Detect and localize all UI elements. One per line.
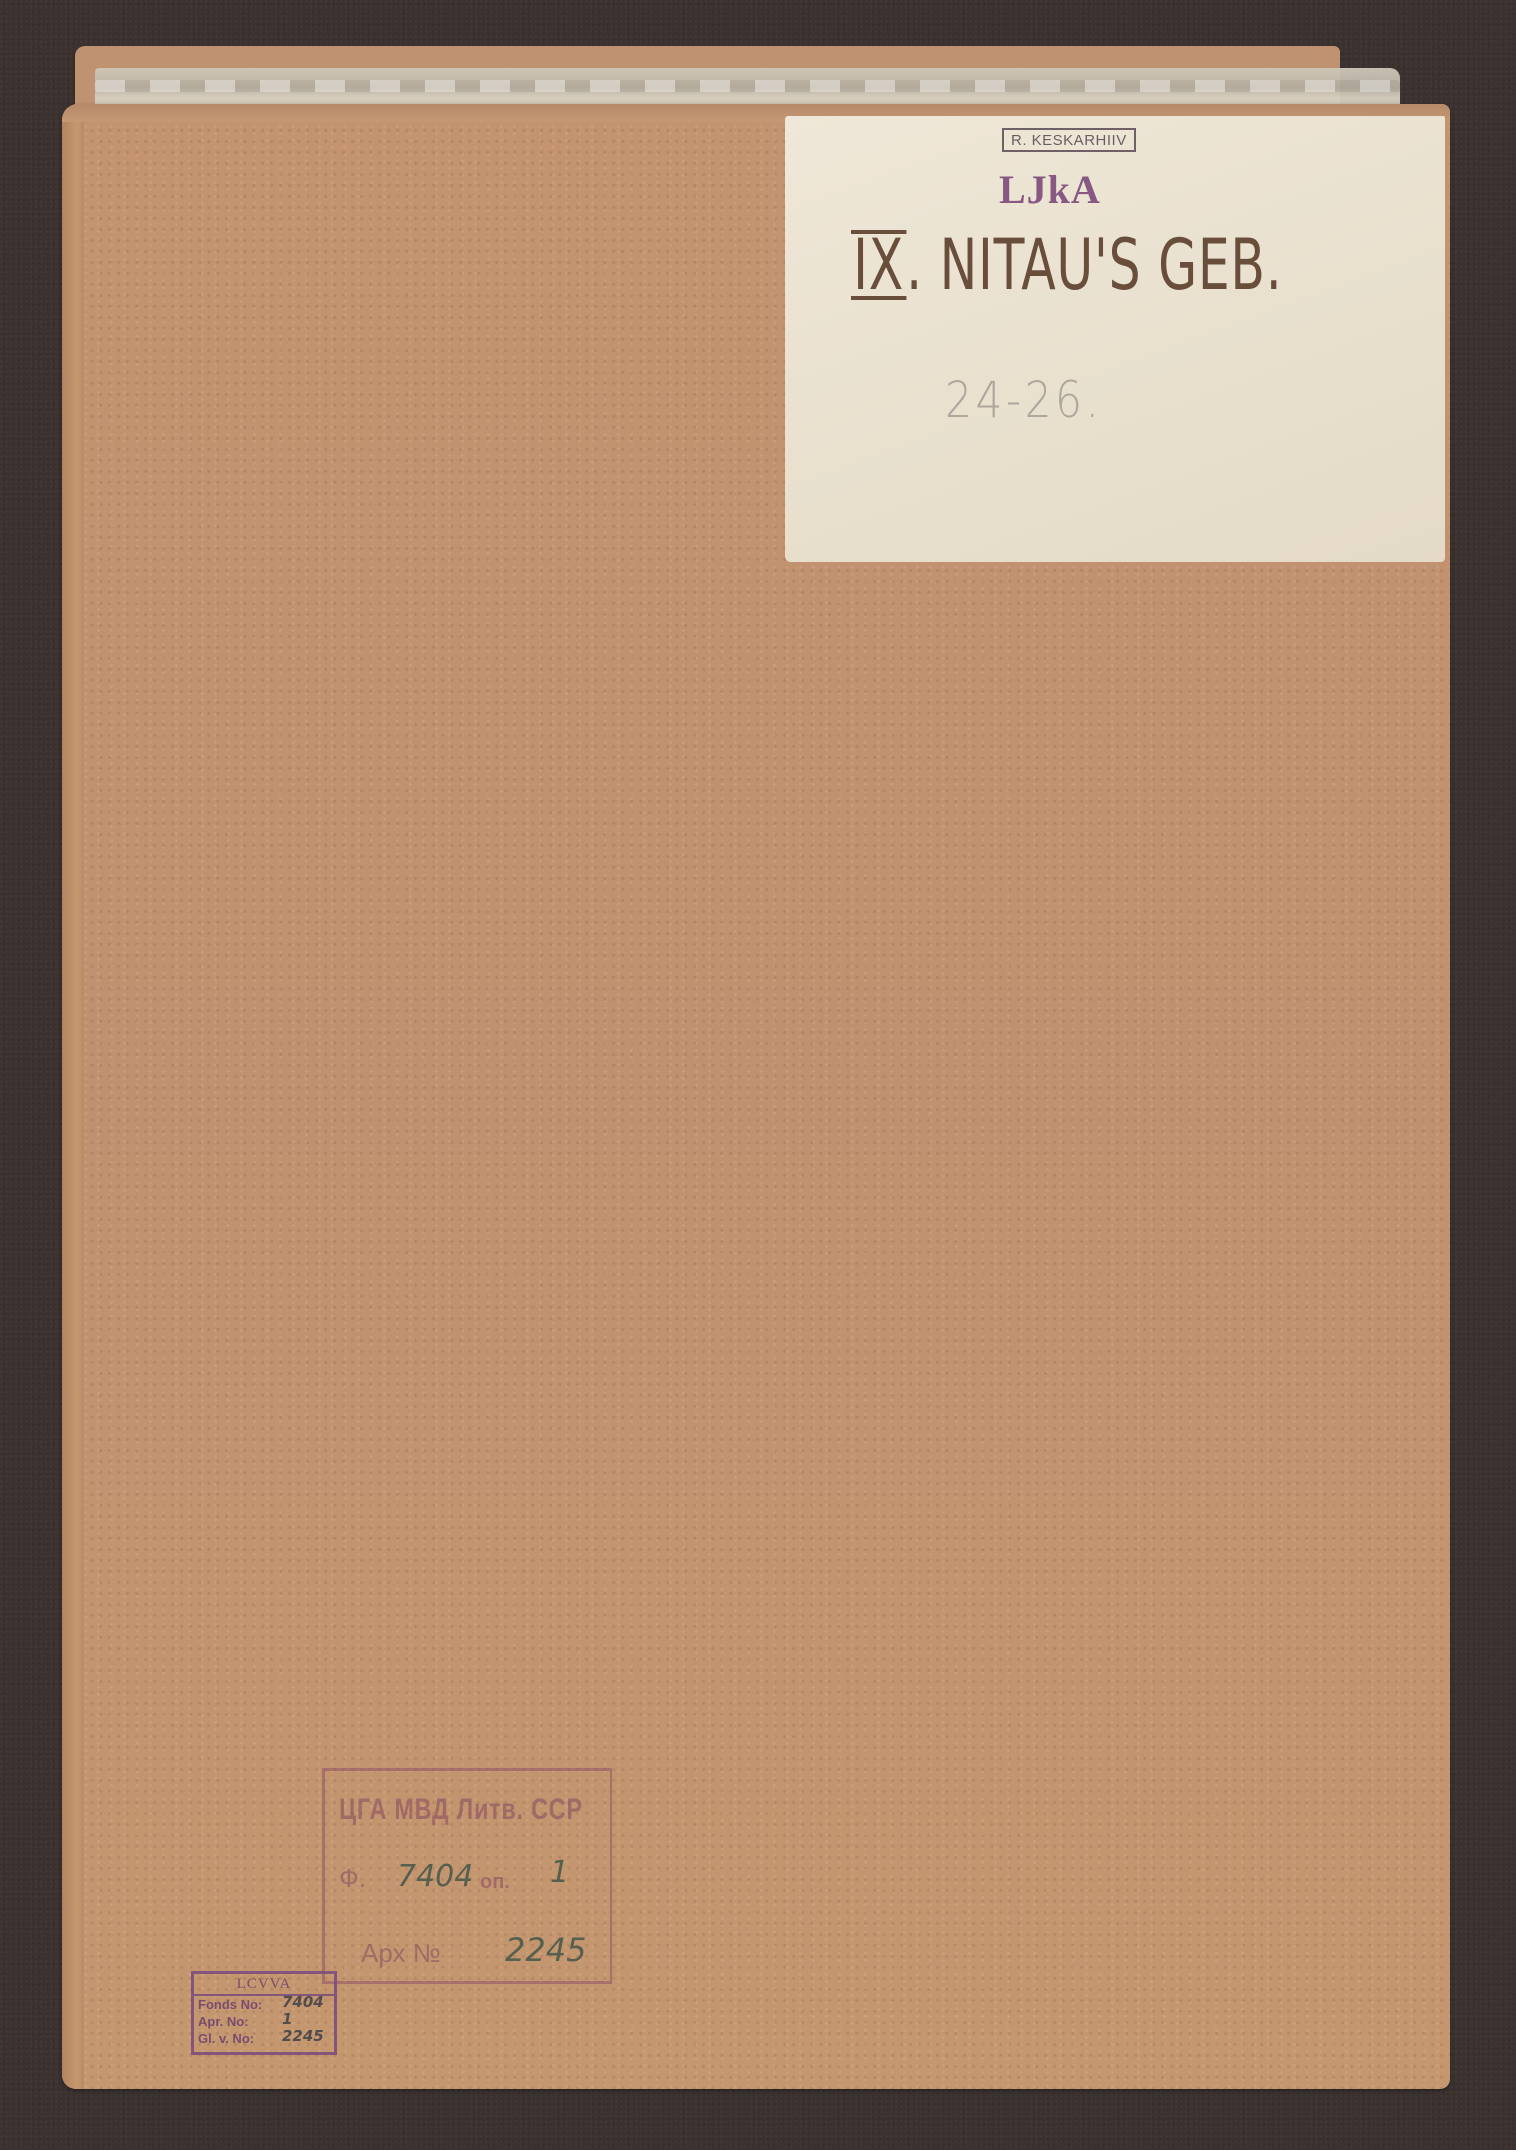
lcvva-gl-row: Gl. v. No: 2245 bbox=[194, 2030, 334, 2047]
lcvva-fonds-row: Fonds No: 7404 bbox=[194, 1996, 334, 2013]
tsga-opis-value: 1 bbox=[550, 1855, 569, 1890]
lcvva-gl-label: Gl. v. No: bbox=[198, 2031, 254, 2046]
lcvva-fonds-label: Fonds No: bbox=[198, 1997, 262, 2012]
tsga-arch-label: Арх № bbox=[361, 1938, 441, 1969]
lcvva-fonds-value: 7404 bbox=[282, 1994, 324, 2011]
ljka-stamp: LJkA bbox=[999, 166, 1101, 213]
tsga-opis-label: оп. bbox=[480, 1871, 510, 1894]
lcvva-apr-label: Apr. No: bbox=[198, 2014, 249, 2029]
roman-numeral: IX bbox=[851, 230, 906, 300]
tsga-arch-value: 2245 bbox=[505, 1931, 586, 1969]
lcvva-archive-stamp: LCVVA Fonds No: 7404 Apr. No: 1 Gl. v. N… bbox=[191, 1971, 337, 2055]
lcvva-gl-value: 2245 bbox=[282, 2028, 324, 2045]
tsga-archive-stamp: ЦГА МВД Литв. ССР Ф. 7404 оп. 1 Арх № 22… bbox=[322, 1768, 612, 1984]
tsga-fond-label: Ф. bbox=[339, 1863, 366, 1894]
tsga-stamp-header: ЦГА МВД Литв. ССР bbox=[339, 1793, 583, 1827]
cover-label: R. KESKARHIIV LJkA IX. NITAU'S GEB. 24-2… bbox=[785, 116, 1445, 562]
tsga-fond-value: 7404 bbox=[397, 1859, 473, 1894]
lcvva-apr-value: 1 bbox=[282, 2011, 292, 2028]
keskarhiiv-stamp: R. KESKARHIIV bbox=[1002, 128, 1136, 152]
title-text: . NITAU'S GEB. bbox=[906, 224, 1282, 306]
pencil-range: 24-26. bbox=[945, 371, 1102, 429]
file-title: IX. NITAU'S GEB. bbox=[851, 224, 1282, 306]
